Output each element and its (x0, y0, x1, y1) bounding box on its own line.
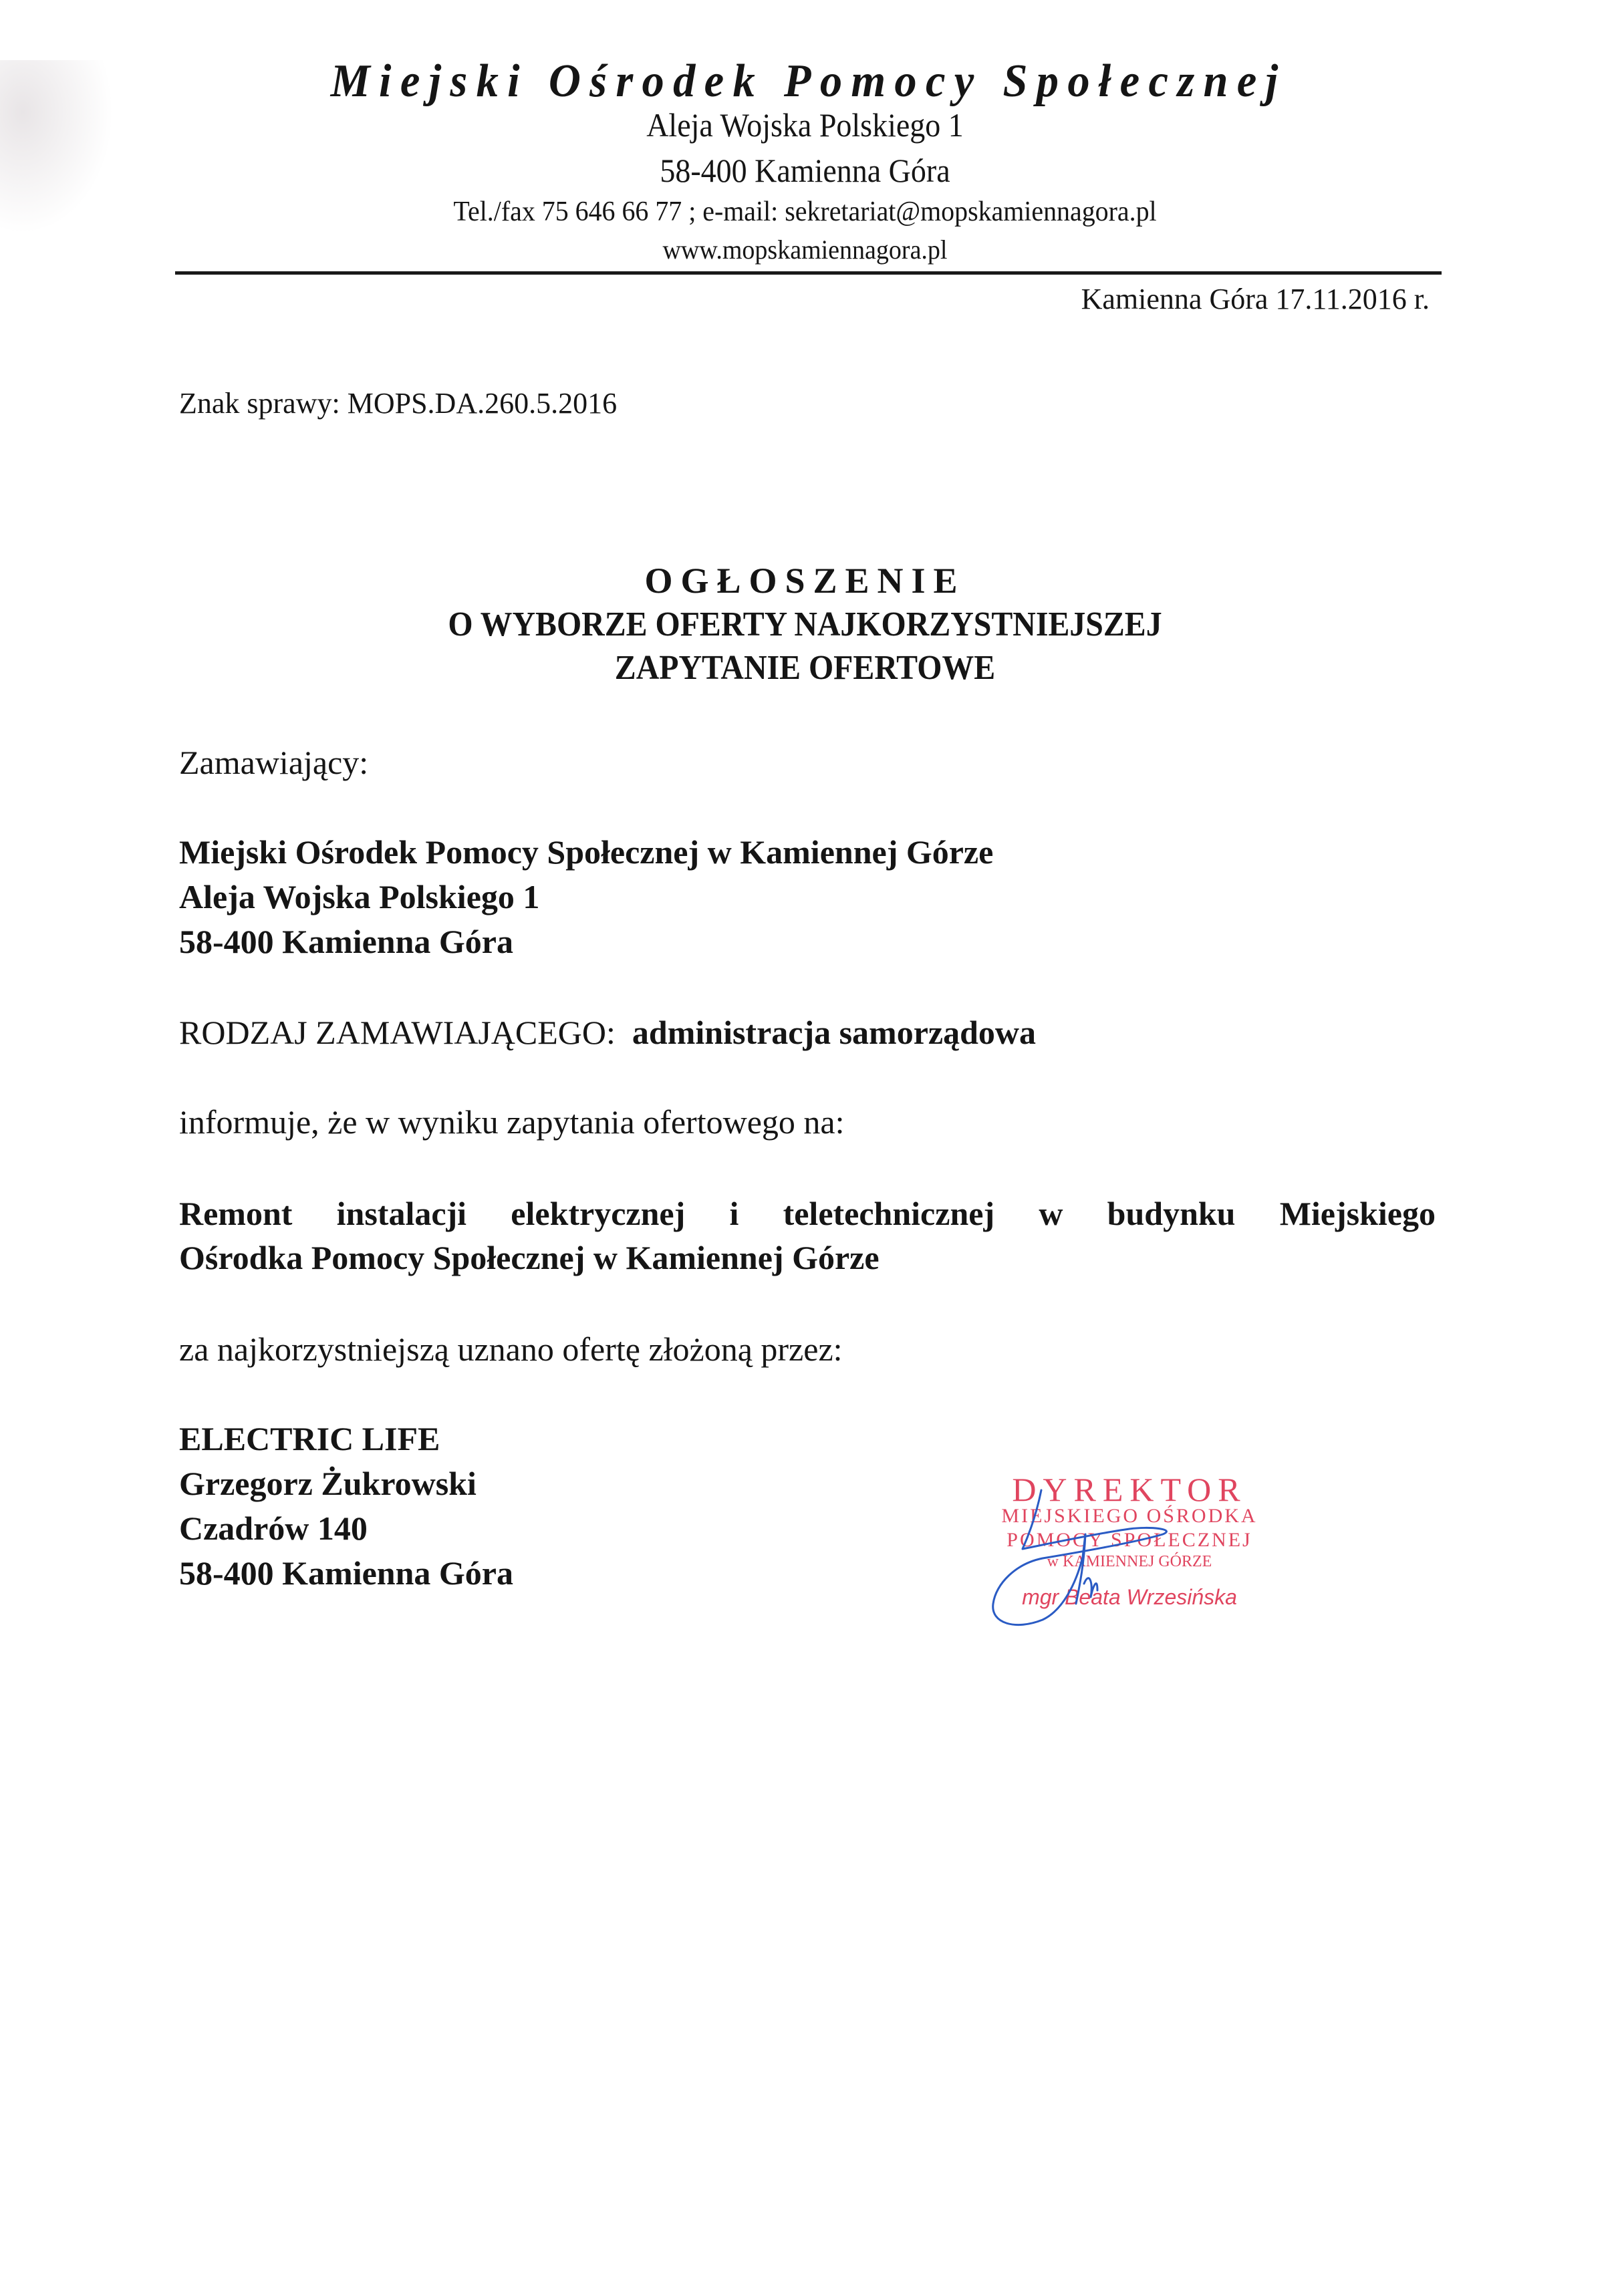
informs-text: informuje, że w wyniku zapytania ofertow… (179, 1103, 844, 1141)
letterhead-city: 58-400 Kamienna Góra (64, 151, 1545, 190)
letterhead-contact: Tel./fax 75 646 66 77 ; e-mail: sekretar… (40, 196, 1570, 228)
case-reference: Znak sprawy: MOPS.DA.260.5.2016 (179, 386, 617, 420)
letterhead-institution: Miejski Ośrodek Pomocy Społecznej (250, 55, 1367, 108)
letterhead-street: Aleja Wojska Polskiego 1 (64, 106, 1545, 144)
heading-selection: O WYBORZE OFERTY NAJKORZYSTNIEJSZEJ (64, 605, 1545, 644)
winner-city: 58-400 Kamienna Góra (179, 1554, 513, 1592)
winner-company: ELECTRIC LIFE (179, 1419, 440, 1458)
ordering-party-city: 58-400 Kamienna Góra (179, 922, 513, 961)
handwritten-signature-icon (942, 1470, 1317, 1644)
ordering-type-value: administracja samorządowa (632, 1014, 1036, 1051)
ordering-label: Zamawiający: (179, 743, 368, 782)
document-date: Kamienna Góra 17.11.2016 r. (1081, 282, 1430, 316)
letterhead-website: www.mopskamiennagora.pl (40, 234, 1570, 265)
header-divider (175, 271, 1442, 275)
ordering-party-name: Miejski Ośrodek Pomocy Społecznej w Kami… (179, 833, 993, 871)
heading-announcement: OGŁOSZENIE (0, 560, 1610, 601)
ordering-type-label: RODZAJ ZAMAWIAJĄCEGO: (179, 1014, 616, 1051)
chosen-intro: za najkorzystniejszą uznano ofertę złożo… (179, 1330, 843, 1369)
winner-street: Czadrów 140 (179, 1509, 368, 1548)
winner-owner: Grzegorz Żukrowski (179, 1464, 477, 1503)
subject-line-2: Ośrodka Pomocy Społecznej w Kamiennej Gó… (179, 1238, 880, 1277)
ordering-party-street: Aleja Wojska Polskiego 1 (179, 877, 539, 916)
ordering-type: RODZAJ ZAMAWIAJĄCEGO: administracja samo… (179, 1013, 1036, 1052)
heading-inquiry: ZAPYTANIE OFERTOWE (64, 648, 1545, 688)
subject-line-1: Remont instalacji elektrycznej i teletec… (179, 1194, 1436, 1233)
